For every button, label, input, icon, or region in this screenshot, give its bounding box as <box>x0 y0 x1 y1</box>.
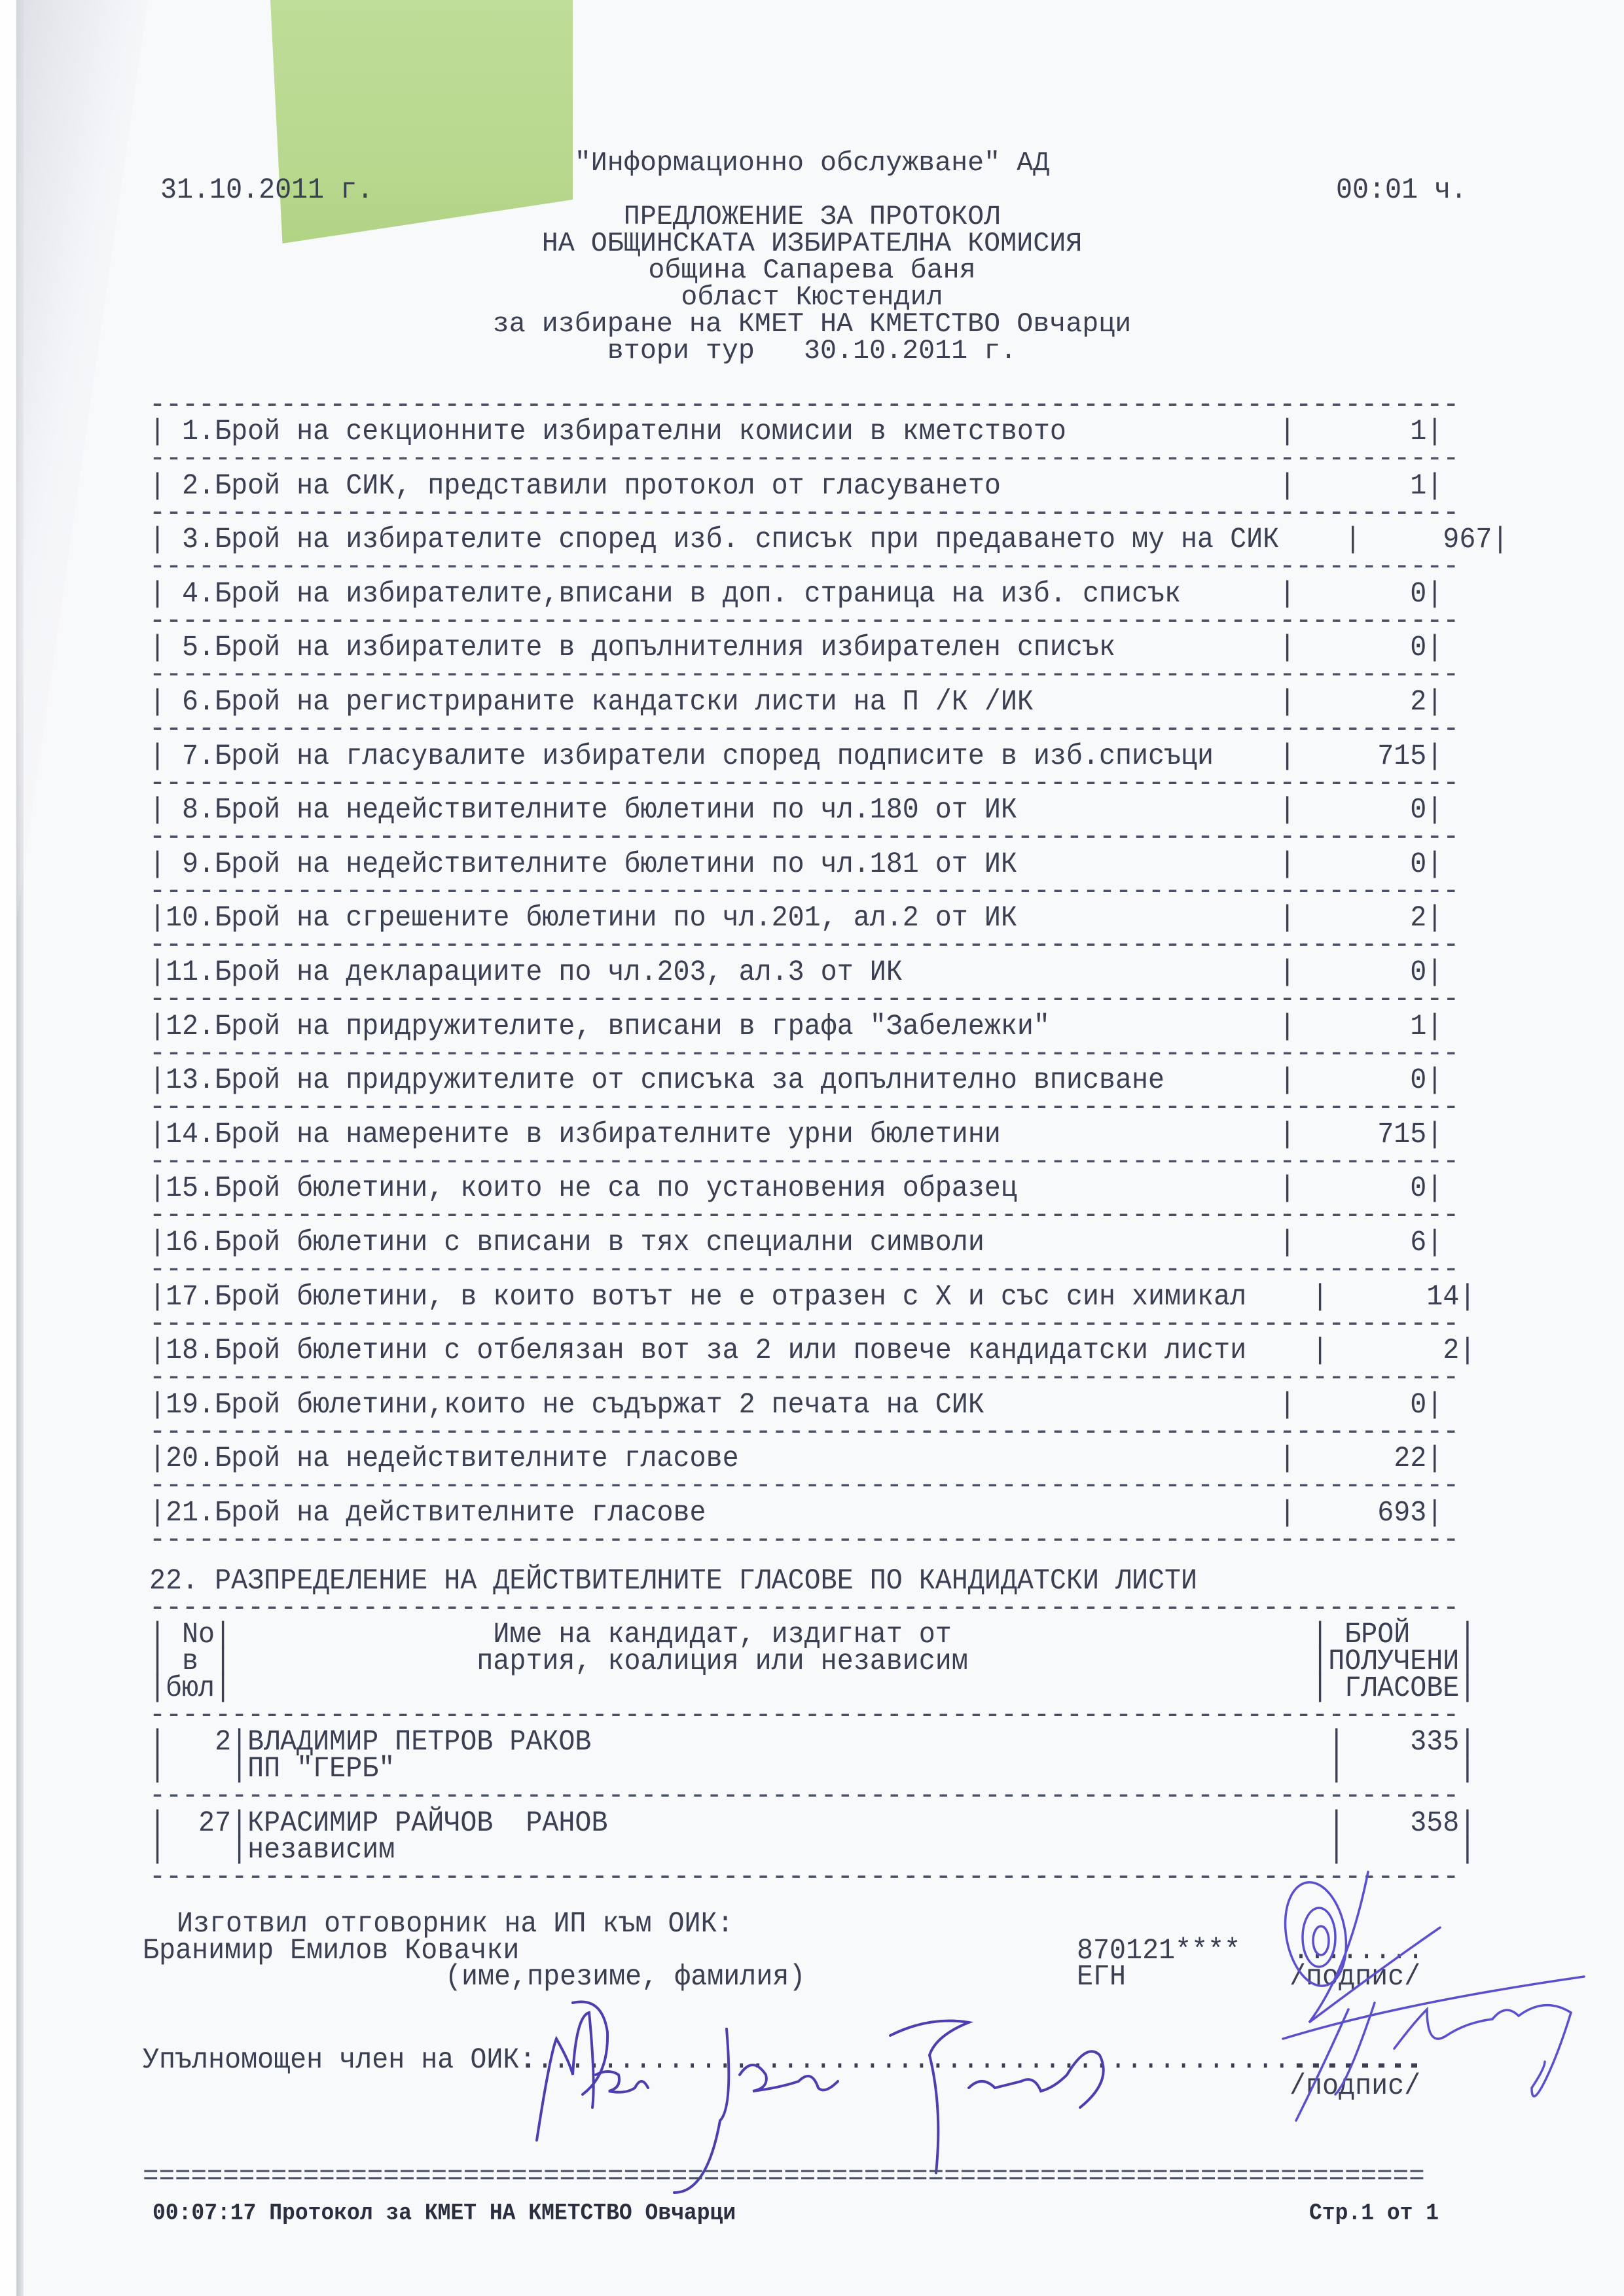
title-line: втори тур 30.10.2011 г. <box>0 337 1624 365</box>
title-line: НА ОБЩИНСКАТА ИЗБИРАТЕЛНА КОМИСИЯ <box>0 230 1624 257</box>
organization: "Информационно обслужване" АД <box>0 149 1624 177</box>
authorized-label: Упълномощен член на ОИК: <box>143 2045 535 2075</box>
document-time: 00:01 ч. <box>1336 175 1467 205</box>
title-line: ПРЕДЛОЖЕНИЕ ЗА ПРОТОКОЛ <box>0 203 1624 230</box>
page-number: Стр.1 от 1 <box>1309 2199 1439 2229</box>
title-line: община Сапарева баня <box>0 257 1624 284</box>
paper-fold-shadow <box>17 0 148 916</box>
row-divider: ----------------------------------------… <box>149 1862 1459 1892</box>
title-line: област Кюстендил <box>0 283 1624 311</box>
document-date: 31.10.2011 г. <box>160 175 373 205</box>
print-footer: 00:07:17 Протокол за КМЕТ НА КМЕТСТВО Ов… <box>153 2199 736 2229</box>
title-line: за избиране на КМЕТ НА КМЕТСТВО Овчарци <box>0 310 1624 338</box>
commission-signatures <box>1270 1872 1610 2147</box>
row-divider: ----------------------------------------… <box>149 1525 1459 1554</box>
double-rule: ========================================… <box>143 2172 1425 2183</box>
handwritten-name-signature <box>511 1977 1283 2186</box>
